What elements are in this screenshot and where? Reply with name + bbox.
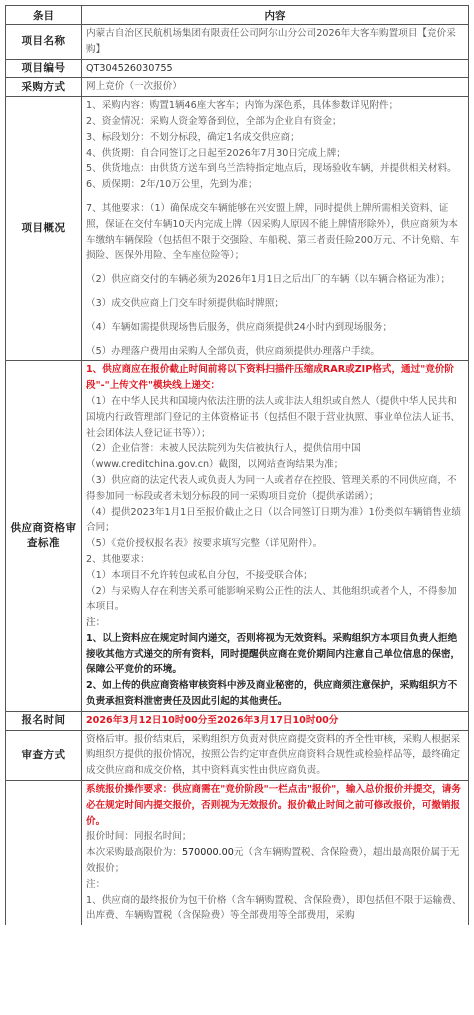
overview-item: 7、其他要求：（1）确保成交车辆能够在兴安盟上牌，同时提供上牌所需相关资料、证照… (86, 201, 464, 264)
value-overview: 1、采购内容：购置1辆46座大客车；内饰为深色系，具体参数详见附件； 2、资金情… (82, 97, 469, 361)
qualification-item: （2）企业信誉：未被人民法院列为失信被执行人，提供信用中国 (86, 441, 464, 457)
value-registration-time: 2026年3月12日10时00分至2026年3月17日10时00分 (82, 711, 469, 730)
row-procurement-method: 采购方式 网上竞价（一次报价） (6, 78, 469, 97)
qualification-item: （5）《竞价授权报名表》按要求填写完整（详见附件）。 (86, 536, 464, 552)
qualification-item: （4）提供2023年1月1日至报价截止之日（以合同签订日期为准）1份类似车辆销售… (86, 505, 464, 537)
label-project-number: 项目编号 (6, 59, 82, 78)
header-content: 内容 (82, 6, 469, 25)
max-price-prefix: 本次采购最高限价为： (86, 847, 182, 858)
overview-item: （3）成交供应商上门交车时须提供临时牌照； (86, 296, 464, 312)
label-overview: 项目概况 (6, 97, 82, 361)
table-header-row: 条目 内容 (6, 6, 469, 25)
qualification-item: （3）供应商的法定代表人或负责人为同一人或者存在控股、管理关系的不同供应商，不得… (86, 473, 464, 505)
qualification-item: （1）在中华人民共和国境内依法注册的法人或非法人组织或自然人（提供中华人民共和国… (86, 394, 464, 441)
quotation-note-title: 注： (86, 877, 464, 893)
overview-item: 6、质保期：2年/10万公里，先到为准； (86, 177, 464, 193)
label-registration-time: 报名时间 (6, 711, 82, 730)
row-project-number: 项目编号 QT304526030755 (6, 59, 469, 78)
label-review-method: 审查方式 (6, 730, 82, 780)
overview-item: 4、供货期：自合同签订之日起至2026年7月30日完成上牌； (86, 146, 464, 162)
row-review-method: 审查方式 资格后审。报价结束后，采购组织方负责对供应商提交资料的齐全性审核，采购… (6, 730, 469, 780)
overview-item: 3、标段划分：不划分标段，确定1名成交供应商； (86, 130, 464, 146)
header-item: 条目 (6, 6, 82, 25)
other-requirement-item: （1）本项目不允许转包或私自分包，不接受联合体； (86, 568, 464, 584)
note-title: 注： (86, 615, 464, 631)
label-project-name: 项目名称 (6, 25, 82, 60)
max-price-value: 570000.00 (182, 847, 234, 858)
row-registration-time: 报名时间 2026年3月12日10时00分至2026年3月17日10时00分 (6, 711, 469, 730)
value-project-name: 内蒙古自治区民航机场集团有限责任公司阿尔山分公司2026年大客车购置项目【竞价采… (82, 25, 469, 60)
overview-item: 5、供货地点：由供货方送车到乌兰浩特指定地点后，现场验收车辆，并提供相关材料。 (86, 161, 464, 177)
qualification-item: （www.creditchina.gov.cn）截图，以网站查询结果为准； (86, 457, 464, 473)
overview-item: （5）办理落户费用由采购人全部负责，供应商须提供办理落户手续。 (86, 344, 464, 360)
label-procurement-method: 采购方式 (6, 78, 82, 97)
overview-item: （2）供应商交付的车辆必须为2026年1月1日之后出厂的车辆（以车辆合格证为准）… (86, 272, 464, 288)
value-review-method: 资格后审。报价结束后，采购组织方负责对供应商提交资料的齐全性审核，采购人根据采购… (82, 730, 469, 780)
other-requirements-title: 2、其他要求： (86, 552, 464, 568)
quotation-time: 报价时间：同报名时间； (86, 829, 464, 845)
row-overview: 项目概况 1、采购内容：购置1辆46座大客车；内饰为深色系，具体参数详见附件； … (6, 97, 469, 361)
row-qualification: 供应商资格审查标准 1、供应商应在报价截止时间前将以下资料扫描件压缩成RAR或Z… (6, 361, 469, 712)
label-quotation (6, 781, 82, 926)
max-price-line: 本次采购最高限价为：570000.00元（含车辆购置税、含保险费），超出最高限价… (86, 845, 464, 877)
note-item: 1、以上资料应在规定时间内递交，否则将视为无效资料。采购组织方本项目负责人拒绝接… (86, 631, 464, 678)
qualification-intro: 1、供应商应在报价截止时间前将以下资料扫描件压缩成RAR或ZIP格式，通过"竞价… (86, 362, 464, 394)
other-requirement-item: （2）与采购人存在利害关系可能影响采购公正性的法人、其他组织或者个人，不得参加本… (86, 584, 464, 616)
value-project-number: QT304526030755 (82, 59, 469, 78)
procurement-announcement-table: 条目 内容 项目名称 内蒙古自治区民航机场集团有限责任公司阿尔山分公司2026年… (5, 5, 469, 925)
overview-item: （4）车辆如需提供现场售后服务，供应商须提供24小时内到现场服务； (86, 320, 464, 336)
quotation-operation-requirements: 系统报价操作要求：供应商需在"竞价阶段"一栏点击"报价"，输入总价报价并提交，请… (86, 782, 464, 829)
note-item: 2、如上传的供应商资格审核资料中涉及商业秘密的，供应商须注意保护，采购组织方不负… (86, 678, 464, 710)
label-qualification: 供应商资格审查标准 (6, 361, 82, 712)
value-qualification: 1、供应商应在报价截止时间前将以下资料扫描件压缩成RAR或ZIP格式，通过"竞价… (82, 361, 469, 712)
quotation-note-item: 1、供应商的最终报价为包干价格（含车辆购置税、含保险费），即包括但不限于运输费、… (86, 893, 464, 925)
overview-item: 2、资金情况：采购人资金筹备到位，全部为企业自有资金； (86, 114, 464, 130)
row-quotation: 系统报价操作要求：供应商需在"竞价阶段"一栏点击"报价"，输入总价报价并提交，请… (6, 781, 469, 926)
overview-item: 1、采购内容：购置1辆46座大客车；内饰为深色系，具体参数详见附件； (86, 98, 464, 114)
value-quotation: 系统报价操作要求：供应商需在"竞价阶段"一栏点击"报价"，输入总价报价并提交，请… (82, 781, 469, 926)
value-procurement-method: 网上竞价（一次报价） (82, 78, 469, 97)
row-project-name: 项目名称 内蒙古自治区民航机场集团有限责任公司阿尔山分公司2026年大客车购置项… (6, 25, 469, 60)
